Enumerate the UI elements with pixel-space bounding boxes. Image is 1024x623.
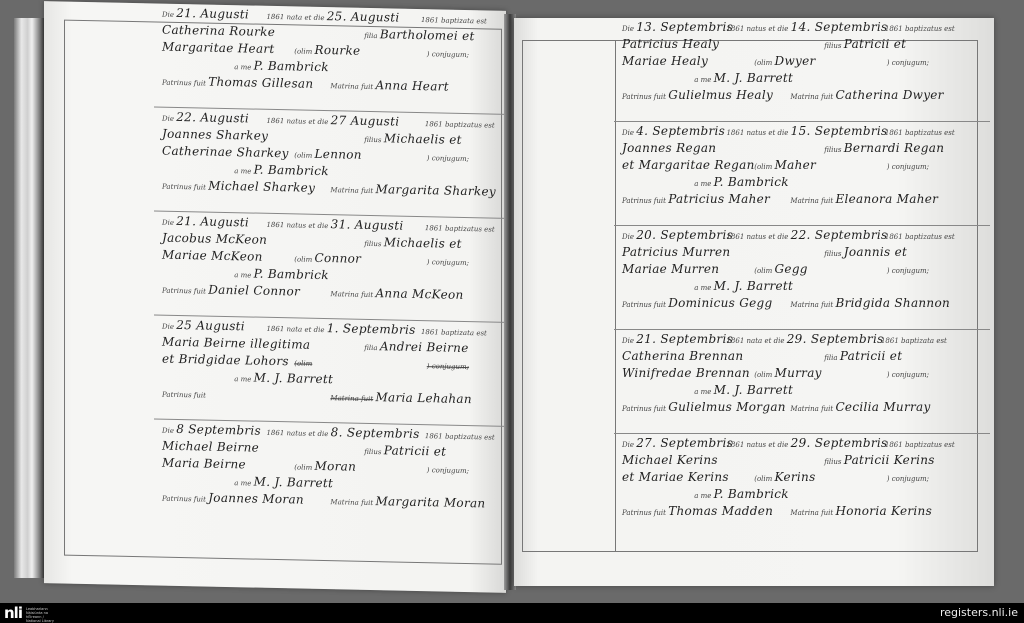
entry-child-line: Patricius Healy filius Patricii et [622,37,984,54]
nat-label: nata [287,13,303,21]
a-me-label: a me [694,76,711,84]
baptism-year: 1861 [421,328,439,336]
nli-logo[interactable]: nli [4,605,22,621]
olim-label: (olim [754,475,772,483]
mother-name: Mariae McKeon [162,248,292,265]
et-die-label: et die [764,337,784,345]
child-name: Catherina Brennan [622,349,822,363]
entry-priest-line: a me P. Bambrick [622,175,984,192]
father-name: Patricii Kerins [844,453,935,467]
baptizat-label: baptizatus est [905,25,955,33]
godfather-name: Thomas Madden [668,504,788,518]
die-label: Die [162,427,174,435]
a-me-label: a me [234,375,251,383]
right-page: Die 13. Septembris 1861 natus et die 14.… [514,18,994,586]
et-die-label: et die [304,14,324,22]
maiden-name: Lennon [315,147,425,163]
birth-year: 1861 [266,221,284,229]
maiden-name: Rourke [315,43,425,59]
register-image-viewer[interactable]: Die 21. Augusti 1861 nata et die 25. Aug… [0,0,1024,603]
godfather-name: Michael Sharkey [208,179,328,196]
conjugum-label: ) conjugum; [427,50,469,59]
fil-label: filius [364,136,381,144]
maiden-name: Murray [775,366,885,380]
baptizat-label: baptizatus est [445,433,495,442]
baptism-year: 1861 [425,224,443,232]
birth-year: 1861 [726,25,744,33]
et-die-label: et die [768,129,788,137]
nat-label: natus [747,25,767,33]
baptizat-label: baptizatus est [445,121,495,130]
father-name: Bartholomei et [380,27,475,43]
birth-date: 21. Septembris [636,332,724,346]
patrinus-label: Patrinus fuit [622,301,666,309]
entry-priest-line: a me M. J. Barrett [622,383,984,400]
birth-year: 1861 [726,337,744,345]
baptizat-label: baptizatus est [445,225,495,234]
nat-label: natus [747,441,767,449]
godmother-name: Honoria Kerins [835,504,932,518]
birth-year: 1861 [266,429,284,437]
patrinus-label: Patrinus fuit [162,287,206,296]
entry-child-line: Joannes Regan filius Bernardi Regan [622,141,984,158]
left-baptism-entry-4: Die 25 Augusti 1861 nata et die 1. Septe… [154,315,506,426]
priest-name: P. Bambrick [714,487,789,501]
maiden-name: Moran [315,459,425,475]
entry-sponsors-line: Patrinus fuit Gulielmus Healy Matrina fu… [622,88,984,105]
godmother-name: Eleanora Maher [835,192,938,206]
baptism-date: 31. Augusti [331,217,423,233]
priest-name: P. Bambrick [254,267,329,283]
fil-label: filia [364,32,377,40]
die-label: Die [622,337,634,345]
baptism-year: 1861 [425,120,443,128]
die-label: Die [622,129,634,137]
mother-name: et Margaritae Regan [622,158,752,172]
et-die-label: et die [768,233,788,241]
fil-label: filius [824,458,841,466]
et-die-label: et die [304,326,324,334]
entry-child-line: Catherina Brennan filia Patricii et [622,349,984,366]
entry-date-line: Die 20. Septembris 1861 natus et die 22.… [622,228,984,245]
baptizat-label: baptizata est [441,16,487,25]
birth-date: 21. Augusti [176,214,264,230]
die-label: Die [162,11,174,19]
baptism-year: 1861 [885,129,903,137]
priest-name: M. J. Barrett [254,475,334,491]
child-name: Catherina Rourke [162,23,362,41]
birth-year: 1861 [266,325,284,333]
godmother-name: Cecilia Murray [835,400,930,414]
patrinus-label: Patrinus fuit [622,509,666,517]
godmother-name: Maria Lehahan [375,390,471,406]
child-name: Michael Beirne [162,439,362,457]
birth-year: 1861 [266,117,284,125]
baptism-date: 27 Augusti [331,113,423,129]
conjugum-label: ) conjugum; [427,154,469,163]
nat-label: natus [287,429,307,437]
priest-name: P. Bambrick [254,59,329,75]
priest-name: P. Bambrick [714,175,789,189]
mother-name: Mariae Murren [622,262,752,276]
mother-name: et Bridgidae Lohors [162,352,292,369]
godfather-name: Gulielmus Morgan [668,400,788,414]
conjugum-label: ) conjugum; [887,59,929,67]
olim-label: (olim [294,151,312,159]
nat-label: natus [287,221,307,229]
entry-mother-line: Mariae Healy (olim Dwyer ) conjugum; [622,54,984,71]
fil-label: filius [824,146,841,154]
left-baptism-entry-2: Die 22. Augusti 1861 natus et die 27 Aug… [154,107,506,218]
right-baptism-entry-5: Die 27. Septembris 1861 natus et die 29.… [614,434,990,538]
olim-label: (olim [754,267,772,275]
patrinus-label: Patrinus fuit [622,197,666,205]
olim-label: (olim [294,47,312,55]
priest-name: M. J. Barrett [714,71,794,85]
godfather-name: Thomas Gillesan [208,75,328,92]
olim-label: (olim [294,359,312,367]
patrinus-label: Patrinus fuit [162,183,206,192]
birth-date: 8 Septembris [176,422,264,438]
baptism-date: 22. Septembris [791,228,883,242]
mother-name: Margaritae Heart [162,40,292,57]
fil-label: filius [364,448,381,456]
birth-date: 20. Septembris [636,228,724,242]
child-name: Jacobus McKeon [162,231,362,249]
conjugum-label: ) conjugum; [887,475,929,483]
fil-label: filia [364,344,377,352]
die-label: Die [162,219,174,227]
olim-label: (olim [754,371,772,379]
olim-label: (olim [294,463,312,471]
mother-name: Maria Beirne [162,456,292,473]
priest-name: P. Bambrick [254,163,329,179]
die-label: Die [162,115,174,123]
left-baptism-entry-5: Die 8 Septembris 1861 natus et die 8. Se… [154,419,506,530]
birth-year: 1861 [726,441,744,449]
birth-date: 21. Augusti [176,6,264,22]
entry-sponsors-line: Patrinus fuit Gulielmus Morgan Matrina f… [622,400,984,417]
entry-mother-line: et Margaritae Regan (olim Maher ) conjug… [622,158,984,175]
baptizat-label: baptizatus est [905,441,955,449]
fil-label: filius [364,240,381,248]
child-name: Patricius Healy [622,37,822,51]
olim-label: (olim [294,255,312,263]
birth-date: 25 Augusti [176,318,264,334]
left-page: Die 21. Augusti 1861 nata et die 25. Aug… [44,1,506,593]
matrina-label: Matrina fuit [330,186,373,195]
father-name: Bernardi Regan [844,141,945,155]
left-page-entries: Die 21. Augusti 1861 nata et die 25. Aug… [154,3,506,592]
baptism-date: 29. Septembris [791,436,883,450]
a-me-label: a me [694,388,711,396]
mother-name: Catherinae Sharkey [162,144,292,161]
a-me-label: a me [234,63,251,71]
baptizat-label: baptizatus est [905,233,955,241]
birth-date: 27. Septembris [636,436,724,450]
nat-label: natus [287,117,307,125]
matrina-label: Matrina fuit [330,82,373,91]
die-label: Die [622,441,634,449]
conjugum-label: ) conjugum; [427,258,469,267]
a-me-label: a me [694,180,711,188]
priest-name: M. J. Barrett [254,371,334,387]
birth-year: 1861 [726,129,744,137]
baptizat-label: baptizata est [441,328,487,337]
patrinus-label: Patrinus fuit [162,391,206,400]
baptism-date: 29. Septembris [787,332,879,346]
priest-name: M. J. Barrett [714,383,794,397]
olim-label: (olim [754,163,772,171]
baptism-year: 1861 [885,441,903,449]
patrinus-label: Patrinus fuit [622,93,666,101]
matrina-label: Matrina fuit [790,197,833,205]
et-die-label: et die [308,222,328,230]
entry-child-line: Patricius Murren filius Joannis et [622,245,984,262]
left-baptism-entry-3: Die 21. Augusti 1861 natus et die 31. Au… [154,211,506,322]
fil-label: filia [824,354,837,362]
entry-mother-line: et Mariae Kerins (olim Kerins ) conjugum… [622,470,984,487]
entry-sponsors-line: Patrinus fuit Patricius Maher Matrina fu… [622,192,984,209]
birth-year: 1861 [726,233,744,241]
father-name: Michaelis et [384,235,462,251]
birth-date: 4. Septembris [636,124,724,138]
site-url-link[interactable]: registers.nli.ie [940,606,1018,619]
right-baptism-entry-1: Die 13. Septembris 1861 natus et die 14.… [614,18,990,122]
matrina-label: Matrina fuit [330,394,373,403]
mother-name: Winifredae Brennan [622,366,752,380]
godfather-name: Daniel Connor [208,283,328,300]
priest-name: M. J. Barrett [714,279,794,293]
matrina-label: Matrina fuit [790,509,833,517]
entry-mother-line: Winifredae Brennan (olim Murray ) conjug… [622,366,984,383]
father-name: Patricii et [840,349,903,363]
maiden-name: Maher [775,158,885,172]
mother-name: et Mariae Kerins [622,470,752,484]
fil-label: filius [824,250,841,258]
birth-date: 22. Augusti [176,110,264,126]
patrinus-label: Patrinus fuit [622,405,666,413]
baptism-year: 1861 [421,16,439,24]
child-name: Patricius Murren [622,245,822,259]
right-baptism-entry-3: Die 20. Septembris 1861 natus et die 22.… [614,226,990,330]
maiden-name: Dwyer [775,54,885,68]
nat-label: natus [747,233,767,241]
a-me-label: a me [234,271,251,279]
entry-date-line: Die 4. Septembris 1861 natus et die 15. … [622,124,984,141]
birth-year: 1861 [266,13,284,21]
a-me-label: a me [234,167,251,175]
entry-sponsors-line: Patrinus fuit Thomas Madden Matrina fuit… [622,504,984,521]
nli-logo-subtitle: Leabharlann Náisiúnta na hÉireann / Nati… [26,607,56,623]
fil-label: filius [824,42,841,50]
entry-sponsors-line: Patrinus fuit Dominicus Gegg Matrina fui… [622,296,984,313]
godfather-name: Dominicus Gegg [668,296,788,310]
a-me-label: a me [694,492,711,500]
child-name: Joannes Regan [622,141,822,155]
matrina-label: Matrina fuit [330,290,373,299]
conjugum-label: ) conjugum; [887,267,929,275]
baptizat-label: baptizata est [901,337,947,345]
entry-mother-line: Mariae Murren (olim Gegg ) conjugum; [622,262,984,279]
right-baptism-entry-4: Die 21. Septembris 1861 nata et die 29. … [614,330,990,434]
mother-name: Mariae Healy [622,54,752,68]
conjugum-label: ) conjugum; [887,371,929,379]
et-die-label: et die [768,441,788,449]
father-name: Michaelis et [384,131,462,147]
godmother-name: Margarita Sharkey [375,182,495,199]
matrina-label: Matrina fuit [790,405,833,413]
nat-label: nata [287,325,303,333]
matrina-label: Matrina fuit [790,301,833,309]
baptism-year: 1861 [425,432,443,440]
et-die-label: et die [768,25,788,33]
baptism-date: 1. Septembris [327,321,419,337]
matrina-label: Matrina fuit [330,498,373,507]
conjugum-label: ) conjugum; [427,466,469,475]
entry-priest-line: a me M. J. Barrett [622,71,984,88]
birth-date: 13. Septembris [636,20,724,34]
godmother-name: Catherina Dwyer [835,88,943,102]
godmother-name: Anna McKeon [375,286,463,302]
patrinus-label: Patrinus fuit [162,79,206,88]
baptism-year: 1861 [885,25,903,33]
baptism-date: 25. Augusti [327,9,419,25]
entry-priest-line: a me P. Bambrick [622,487,984,504]
left-baptism-entry-1: Die 21. Augusti 1861 nata et die 25. Aug… [154,3,506,114]
father-name: Andrei Beirne [380,339,469,355]
child-name: Michael Kerins [622,453,822,467]
a-me-label: a me [694,284,711,292]
godfather-name: Gulielmus Healy [668,88,788,102]
baptizat-label: baptizatus est [905,129,955,137]
right-baptism-entry-2: Die 4. Septembris 1861 natus et die 15. … [614,122,990,226]
father-name: Patricii et [844,37,907,51]
die-label: Die [622,233,634,241]
baptism-year: 1861 [885,233,903,241]
entry-date-line: Die 13. Septembris 1861 natus et die 14.… [622,20,984,37]
maiden-name [315,366,425,368]
nat-label: natus [747,129,767,137]
die-label: Die [162,323,174,331]
nat-label: nata [747,337,763,345]
father-name: Joannis et [844,245,907,259]
book-spine [14,18,44,578]
patrinus-label: Patrinus fuit [162,495,206,504]
olim-label: (olim [754,59,772,67]
entry-child-line: Michael Kerins filius Patricii Kerins [622,453,984,470]
die-label: Die [622,25,634,33]
footer-bar: nli Leabharlann Náisiúnta na hÉireann / … [0,603,1024,623]
godmother-name: Margarita Moran [375,494,485,510]
maiden-name: Kerins [775,470,885,484]
baptism-date: 15. Septembris [791,124,883,138]
conjugum-label: ) conjugum; [887,163,929,171]
baptism-year: 1861 [881,337,899,345]
godmother-name: Bridgida Shannon [835,296,950,310]
godfather-name: Joannes Moran [208,491,328,508]
matrina-label: Matrina fuit [790,93,833,101]
a-me-label: a me [234,479,251,487]
et-die-label: et die [308,430,328,438]
godfather-name: Patricius Maher [668,192,788,206]
godfather-name [208,398,328,401]
right-page-entries: Die 13. Septembris 1861 natus et die 14.… [614,18,990,586]
godmother-name: Anna Heart [375,78,448,94]
maiden-name: Gegg [775,262,885,276]
baptism-date: 14. Septembris [791,20,883,34]
maiden-name: Connor [315,251,425,267]
entry-priest-line: a me M. J. Barrett [622,279,984,296]
father-name: Patricii et [384,443,447,458]
et-die-label: et die [308,118,328,126]
entry-date-line: Die 27. Septembris 1861 natus et die 29.… [622,436,984,453]
child-name: Maria Beirne illegitima [162,335,362,353]
conjugum-label: ) conjugum; [427,362,469,371]
entry-date-line: Die 21. Septembris 1861 nata et die 29. … [622,332,984,349]
child-name: Joannes Sharkey [162,127,362,145]
baptism-date: 8. Septembris [331,425,423,441]
